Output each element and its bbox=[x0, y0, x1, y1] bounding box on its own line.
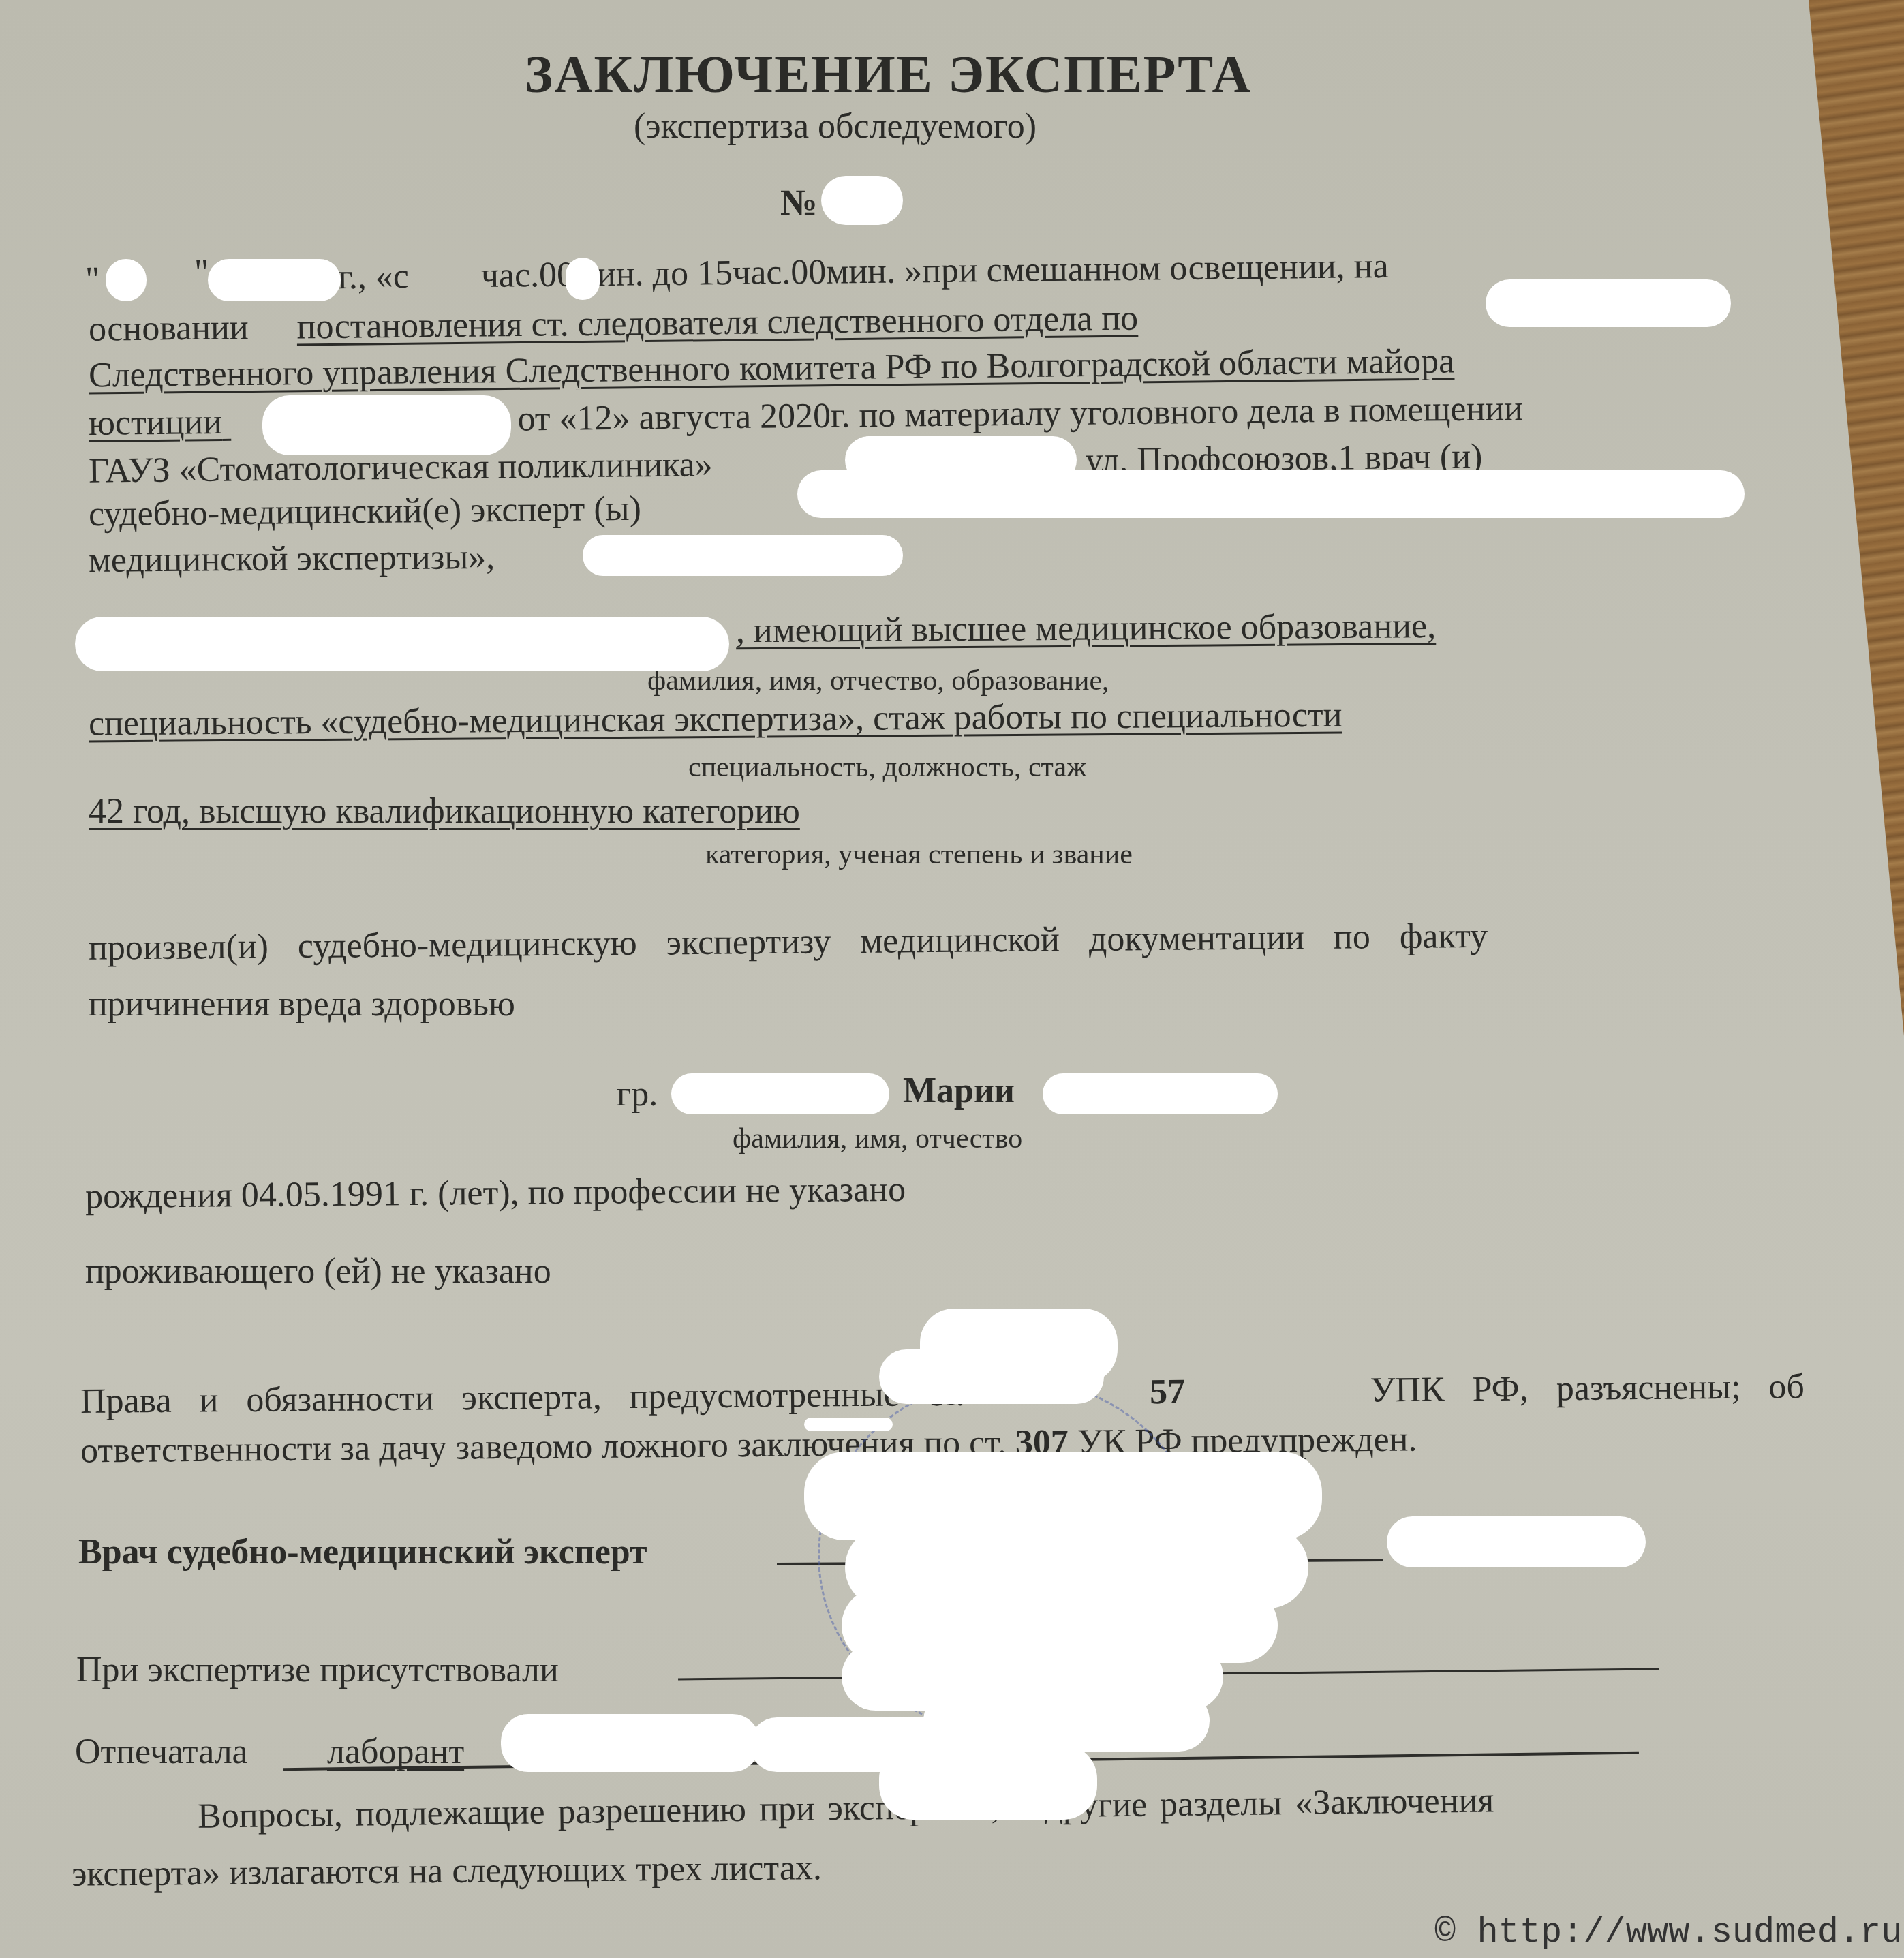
redaction-stamp-3 bbox=[804, 1418, 893, 1431]
footer-line-2: эксперта» излагаются на следующих трех л… bbox=[72, 1850, 822, 1893]
rights-end: УПК РФ, разъяснены; об bbox=[1370, 1369, 1805, 1409]
expert-signature-label: Врач судебно-медицинский эксперт bbox=[78, 1535, 647, 1570]
redaction-hour bbox=[566, 258, 600, 300]
document-number-label: № bbox=[780, 184, 817, 221]
redaction-expert-signature-name bbox=[1387, 1516, 1646, 1567]
quote-open: " bbox=[85, 260, 100, 299]
subject-prefix: гр. bbox=[617, 1077, 658, 1112]
redaction-lab-assistant bbox=[501, 1714, 760, 1772]
present-label: При экспертизе присутствовали bbox=[76, 1653, 559, 1688]
document-page: ЗАКЛЮЧЕНИЕ ЭКСПЕРТА (экспертиза обследуе… bbox=[0, 0, 1904, 1958]
expert-category-line: 42 год, высшую квалификационную категори… bbox=[89, 794, 800, 829]
subject-first-name: Марии bbox=[903, 1073, 1015, 1109]
redaction-patronymic bbox=[1043, 1073, 1278, 1114]
redaction-investigator bbox=[262, 395, 511, 455]
document-subtitle: (экспертиза обследуемого) bbox=[634, 109, 1037, 144]
subject-birth: рождения 04.05.1991 г. (лет), по професс… bbox=[85, 1172, 906, 1215]
intro-line-6: судебно-медицинский(е) эксперт (ы) bbox=[89, 491, 641, 532]
quote-close: " bbox=[194, 256, 209, 291]
intro-time: час.00мин. до 15час.00мин. »при смешанно… bbox=[480, 247, 1388, 295]
performed-line-1: произвел(и) судебно-медицинскую эксперти… bbox=[89, 916, 1772, 966]
rights-article-57: 57 bbox=[1150, 1375, 1185, 1410]
intro-justice: юстиции bbox=[89, 403, 223, 443]
redaction-stamp-2 bbox=[879, 1349, 1104, 1404]
intro-basis: основании bbox=[89, 308, 249, 348]
redaction-expert-fullname bbox=[75, 617, 729, 671]
category-caption: категория, ученая степень и звание bbox=[705, 840, 1133, 869]
document-title: ЗАКЛЮЧЕНИЕ ЭКСПЕРТА bbox=[525, 48, 1252, 101]
performed-line-2: причинения вреда здоровью bbox=[89, 987, 515, 1022]
typed-by-label: Отпечатала bbox=[75, 1734, 248, 1770]
typed-by-value: лаборант bbox=[327, 1734, 464, 1770]
redaction-expert-name bbox=[583, 535, 903, 576]
redaction-month bbox=[208, 259, 341, 301]
redaction-day bbox=[106, 259, 147, 301]
rights-start: Права и обязанности эксперта, предусмотр… bbox=[80, 1377, 965, 1420]
intro-expertise: медицинской экспертизы», bbox=[89, 538, 495, 580]
redaction-lab-assistant-2 bbox=[750, 1717, 981, 1772]
expert-specialty-line: специальность «судебно-медицинская экспе… bbox=[89, 698, 1342, 742]
watermark-link[interactable]: © http://www.sudmed.ru bbox=[1434, 1915, 1903, 1951]
expert-education: , имеющий высшее медицинское образование… bbox=[736, 607, 1436, 650]
subject-residence: проживающего (ей) не указано bbox=[85, 1254, 551, 1289]
subject-caption: фамилия, имя, отчество bbox=[733, 1125, 1022, 1153]
intro-date: от «12» августа 2020г. по материалу угол… bbox=[517, 389, 1523, 438]
redaction-surname bbox=[671, 1073, 889, 1114]
specialty-caption: специальность, должность, стаж bbox=[688, 753, 1086, 782]
intro-line-3: Следственного управления Следственного к… bbox=[89, 344, 1455, 394]
intro-resolution: постановления ст. следователя следственн… bbox=[296, 299, 1138, 347]
redaction-department bbox=[1486, 279, 1731, 327]
education-caption: фамилия, имя, отчество, образование, bbox=[647, 667, 1109, 695]
redaction-number bbox=[821, 176, 903, 225]
redaction-bureau bbox=[797, 470, 1745, 518]
